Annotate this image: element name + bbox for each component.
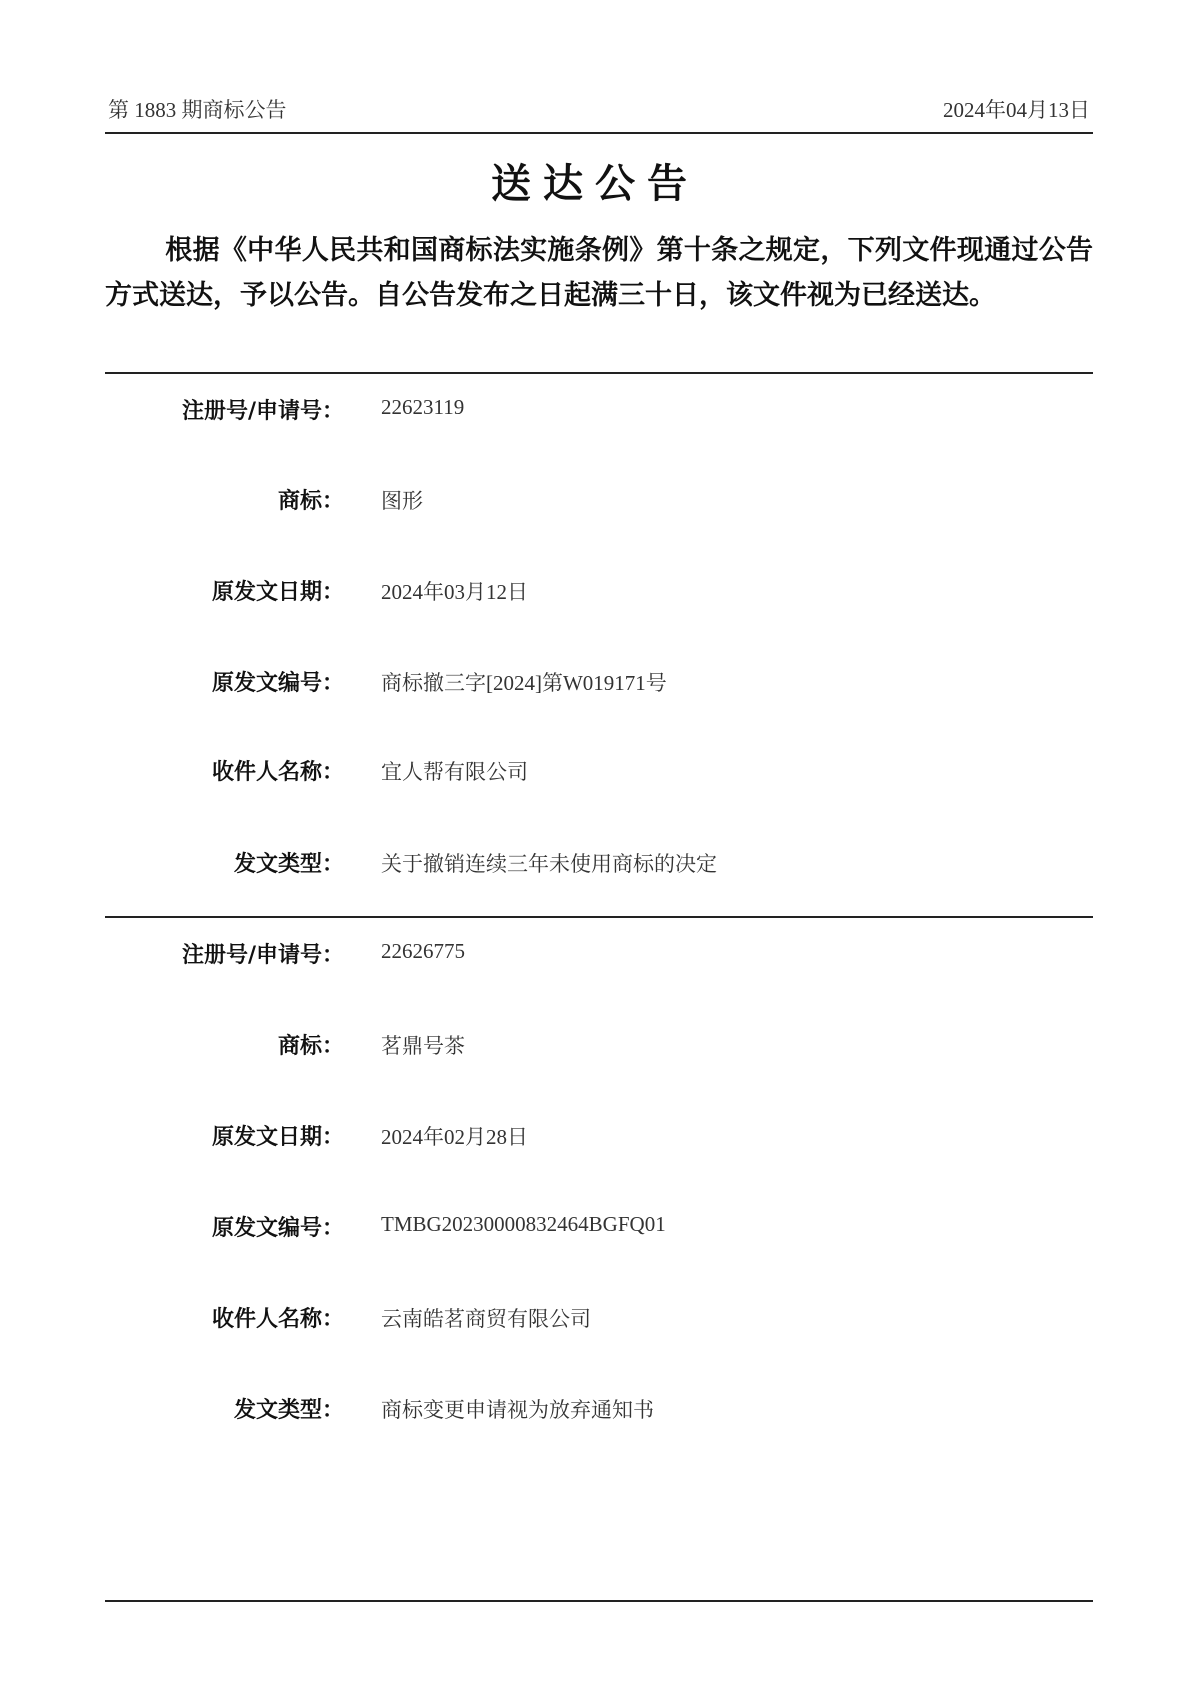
record-2-recipient: 收件人名称： 云南皓茗商贸有限公司 bbox=[105, 1302, 1093, 1342]
intro-paragraph: 根据《中华人民共和国商标法实施条例》第十条之规定，下列文件现通过公告方式送达，予… bbox=[105, 228, 1093, 318]
field-value: 图形 bbox=[381, 485, 423, 515]
record-2-trademark: 商标： 茗鼎号茶 bbox=[105, 1029, 1093, 1069]
field-label: 注册号/申请号： bbox=[182, 394, 344, 425]
field-label: 发文类型： bbox=[234, 1393, 344, 1424]
field-value: TMBG20230000832464BGFQ01 bbox=[381, 1212, 666, 1237]
header-rule bbox=[105, 132, 1093, 134]
record-1-recipient: 收件人名称： 宜人帮有限公司 bbox=[105, 755, 1093, 795]
field-value: 2024年02月28日 bbox=[381, 1121, 528, 1151]
record-2-doc-type: 发文类型： 商标变更申请视为放弃通知书 bbox=[105, 1393, 1093, 1433]
field-label: 原发文编号： bbox=[212, 1211, 344, 1242]
field-label: 发文类型： bbox=[234, 847, 344, 878]
field-label: 收件人名称： bbox=[212, 755, 344, 786]
record-1-reg-number: 注册号/申请号： 22623119 bbox=[105, 394, 1093, 434]
record-2-orig-doc-number: 原发文编号： TMBG20230000832464BGFQ01 bbox=[105, 1211, 1093, 1251]
record-separator bbox=[105, 916, 1093, 918]
field-value: 云南皓茗商贸有限公司 bbox=[381, 1303, 591, 1333]
page-title: 送达公告 bbox=[0, 152, 1190, 209]
issue-number: 第 1883 期商标公告 bbox=[108, 94, 287, 124]
section-rule bbox=[105, 372, 1093, 374]
record-1-doc-type: 发文类型： 关于撤销连续三年未使用商标的决定 bbox=[105, 847, 1093, 887]
footer-rule bbox=[105, 1600, 1093, 1602]
field-value: 茗鼎号茶 bbox=[381, 1030, 465, 1060]
field-value: 2024年03月12日 bbox=[381, 576, 528, 606]
record-2-orig-date: 原发文日期： 2024年02月28日 bbox=[105, 1120, 1093, 1160]
field-label: 商标： bbox=[278, 1029, 344, 1060]
field-value: 商标撤三字[2024]第W019171号 bbox=[381, 667, 667, 697]
record-1-trademark: 商标： 图形 bbox=[105, 484, 1093, 524]
field-value: 22626775 bbox=[381, 939, 465, 964]
publication-date: 2024年04月13日 bbox=[943, 94, 1090, 124]
record-1-orig-doc-number: 原发文编号： 商标撤三字[2024]第W019171号 bbox=[105, 666, 1093, 706]
field-value: 关于撤销连续三年未使用商标的决定 bbox=[381, 848, 717, 878]
intro-text: 根据《中华人民共和国商标法实施条例》第十条之规定，下列文件现通过公告方式送达，予… bbox=[105, 235, 1093, 311]
record-1-orig-date: 原发文日期： 2024年03月12日 bbox=[105, 575, 1093, 615]
field-label: 原发文编号： bbox=[212, 666, 344, 697]
field-label: 原发文日期： bbox=[212, 575, 344, 606]
field-label: 商标： bbox=[278, 484, 344, 515]
field-value: 22623119 bbox=[381, 395, 464, 420]
field-label: 注册号/申请号： bbox=[182, 938, 344, 969]
record-2-reg-number: 注册号/申请号： 22626775 bbox=[105, 938, 1093, 978]
field-label: 收件人名称： bbox=[212, 1302, 344, 1333]
field-label: 原发文日期： bbox=[212, 1120, 344, 1151]
field-value: 宜人帮有限公司 bbox=[381, 756, 528, 786]
field-value: 商标变更申请视为放弃通知书 bbox=[381, 1394, 654, 1424]
